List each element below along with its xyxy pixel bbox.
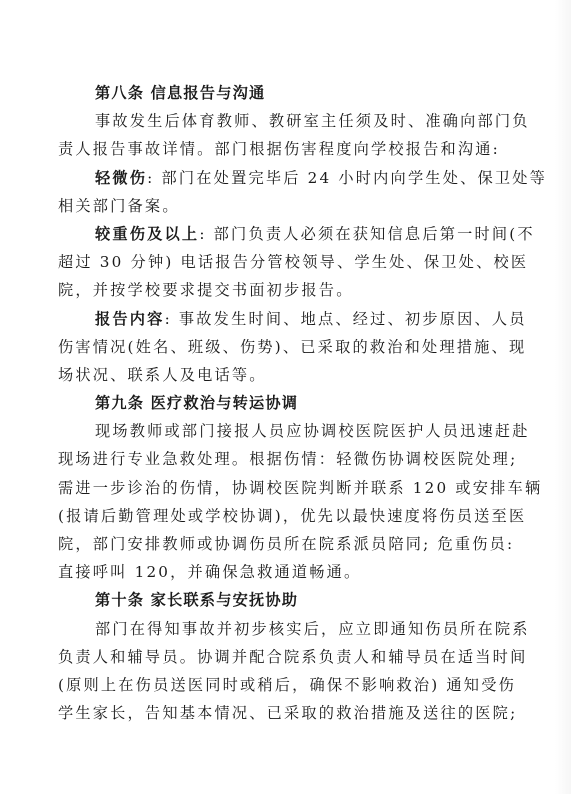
paragraph-text: : 事故发生时间、地点、经过、初步原因、人员 [165, 310, 527, 328]
paragraph-line: 现场进行专业急救处理。根据伤情：轻微伤协调校医院处理; [58, 445, 500, 473]
paragraph-line: (报请后勤管理处或学校协调)，优先以最快速度将伤员送至医 [58, 502, 500, 530]
paragraph-line: 学生家长，告知基本情况、已采取的救治措施及送往的医院; [58, 699, 500, 727]
paragraph-line-minor-injury: 轻微伤: 部门在处置完毕后 24 小时内向学生处、保卫处等 [58, 164, 500, 192]
section-heading-10: 第十条 家长联系与安抚协助 [58, 586, 500, 614]
paragraph-line: 事故发生后体育教师、教研室主任须及时、准确向部门负 [58, 107, 500, 135]
paragraph-line-serious-injury: 较重伤及以上: 部门负责人必须在获知信息后第一时间(不 [58, 220, 500, 248]
paragraph-text: : 部门在处置完毕后 24 小时内向学生处、保卫处等 [147, 169, 547, 187]
lead-term-report-content: 报告内容 [95, 310, 165, 328]
paragraph-line: 部门在得知事故并初步核实后，应立即通知伤员所在院系 [58, 615, 500, 643]
section-heading-9: 第九条 医疗救治与转运协调 [58, 389, 500, 417]
paragraph-line: 相关部门备案。 [58, 192, 500, 220]
section-heading-8: 第八条 信息报告与沟通 [58, 79, 500, 107]
paragraph-line: 需进一步诊治的伤情，协调校医院判断并联系 120 或安排车辆 [58, 474, 500, 502]
paragraph-line: 现场教师或部门接报人员应协调校医院医护人员迅速赶赴 [58, 417, 500, 445]
lead-term-minor-injury: 轻微伤 [95, 169, 147, 187]
paragraph-text: : 部门负责人必须在获知信息后第一时间(不 [199, 225, 534, 243]
paragraph-line-report-content: 报告内容: 事故发生时间、地点、经过、初步原因、人员 [58, 305, 500, 333]
paragraph-line: 责人报告事故详情。部门根据伤害程度向学校报告和沟通: [58, 135, 500, 163]
paragraph-line: 院，并按学校要求提交书面初步报告。 [58, 276, 500, 304]
page-edge-shadow [555, 0, 571, 794]
paragraph-line: 场状况、联系人及电话等。 [58, 361, 500, 389]
lead-term-serious-injury: 较重伤及以上 [95, 225, 199, 243]
paragraph-line: 伤害情况(姓名、班级、伤势)、已采取的救治和处理措施、现 [58, 333, 500, 361]
paragraph-line: 直接呼叫 120，并确保急救通道畅通。 [58, 558, 500, 586]
paragraph-line: (原则上在伤员送医同时或稍后，确保不影响救治) 通知受伤 [58, 671, 500, 699]
paragraph-line: 院，部门安排教师或协调伤员所在院系派员陪同; 危重伤员: [58, 530, 500, 558]
paragraph-line: 超过 30 分钟) 电话报告分管校领导、学生处、保卫处、校医 [58, 248, 500, 276]
document-page: 第八条 信息报告与沟通 事故发生后体育教师、教研室主任须及时、准确向部门负 责人… [58, 79, 500, 727]
paragraph-line: 负责人和辅导员。协调并配合院系负责人和辅导员在适当时间 [58, 643, 500, 671]
